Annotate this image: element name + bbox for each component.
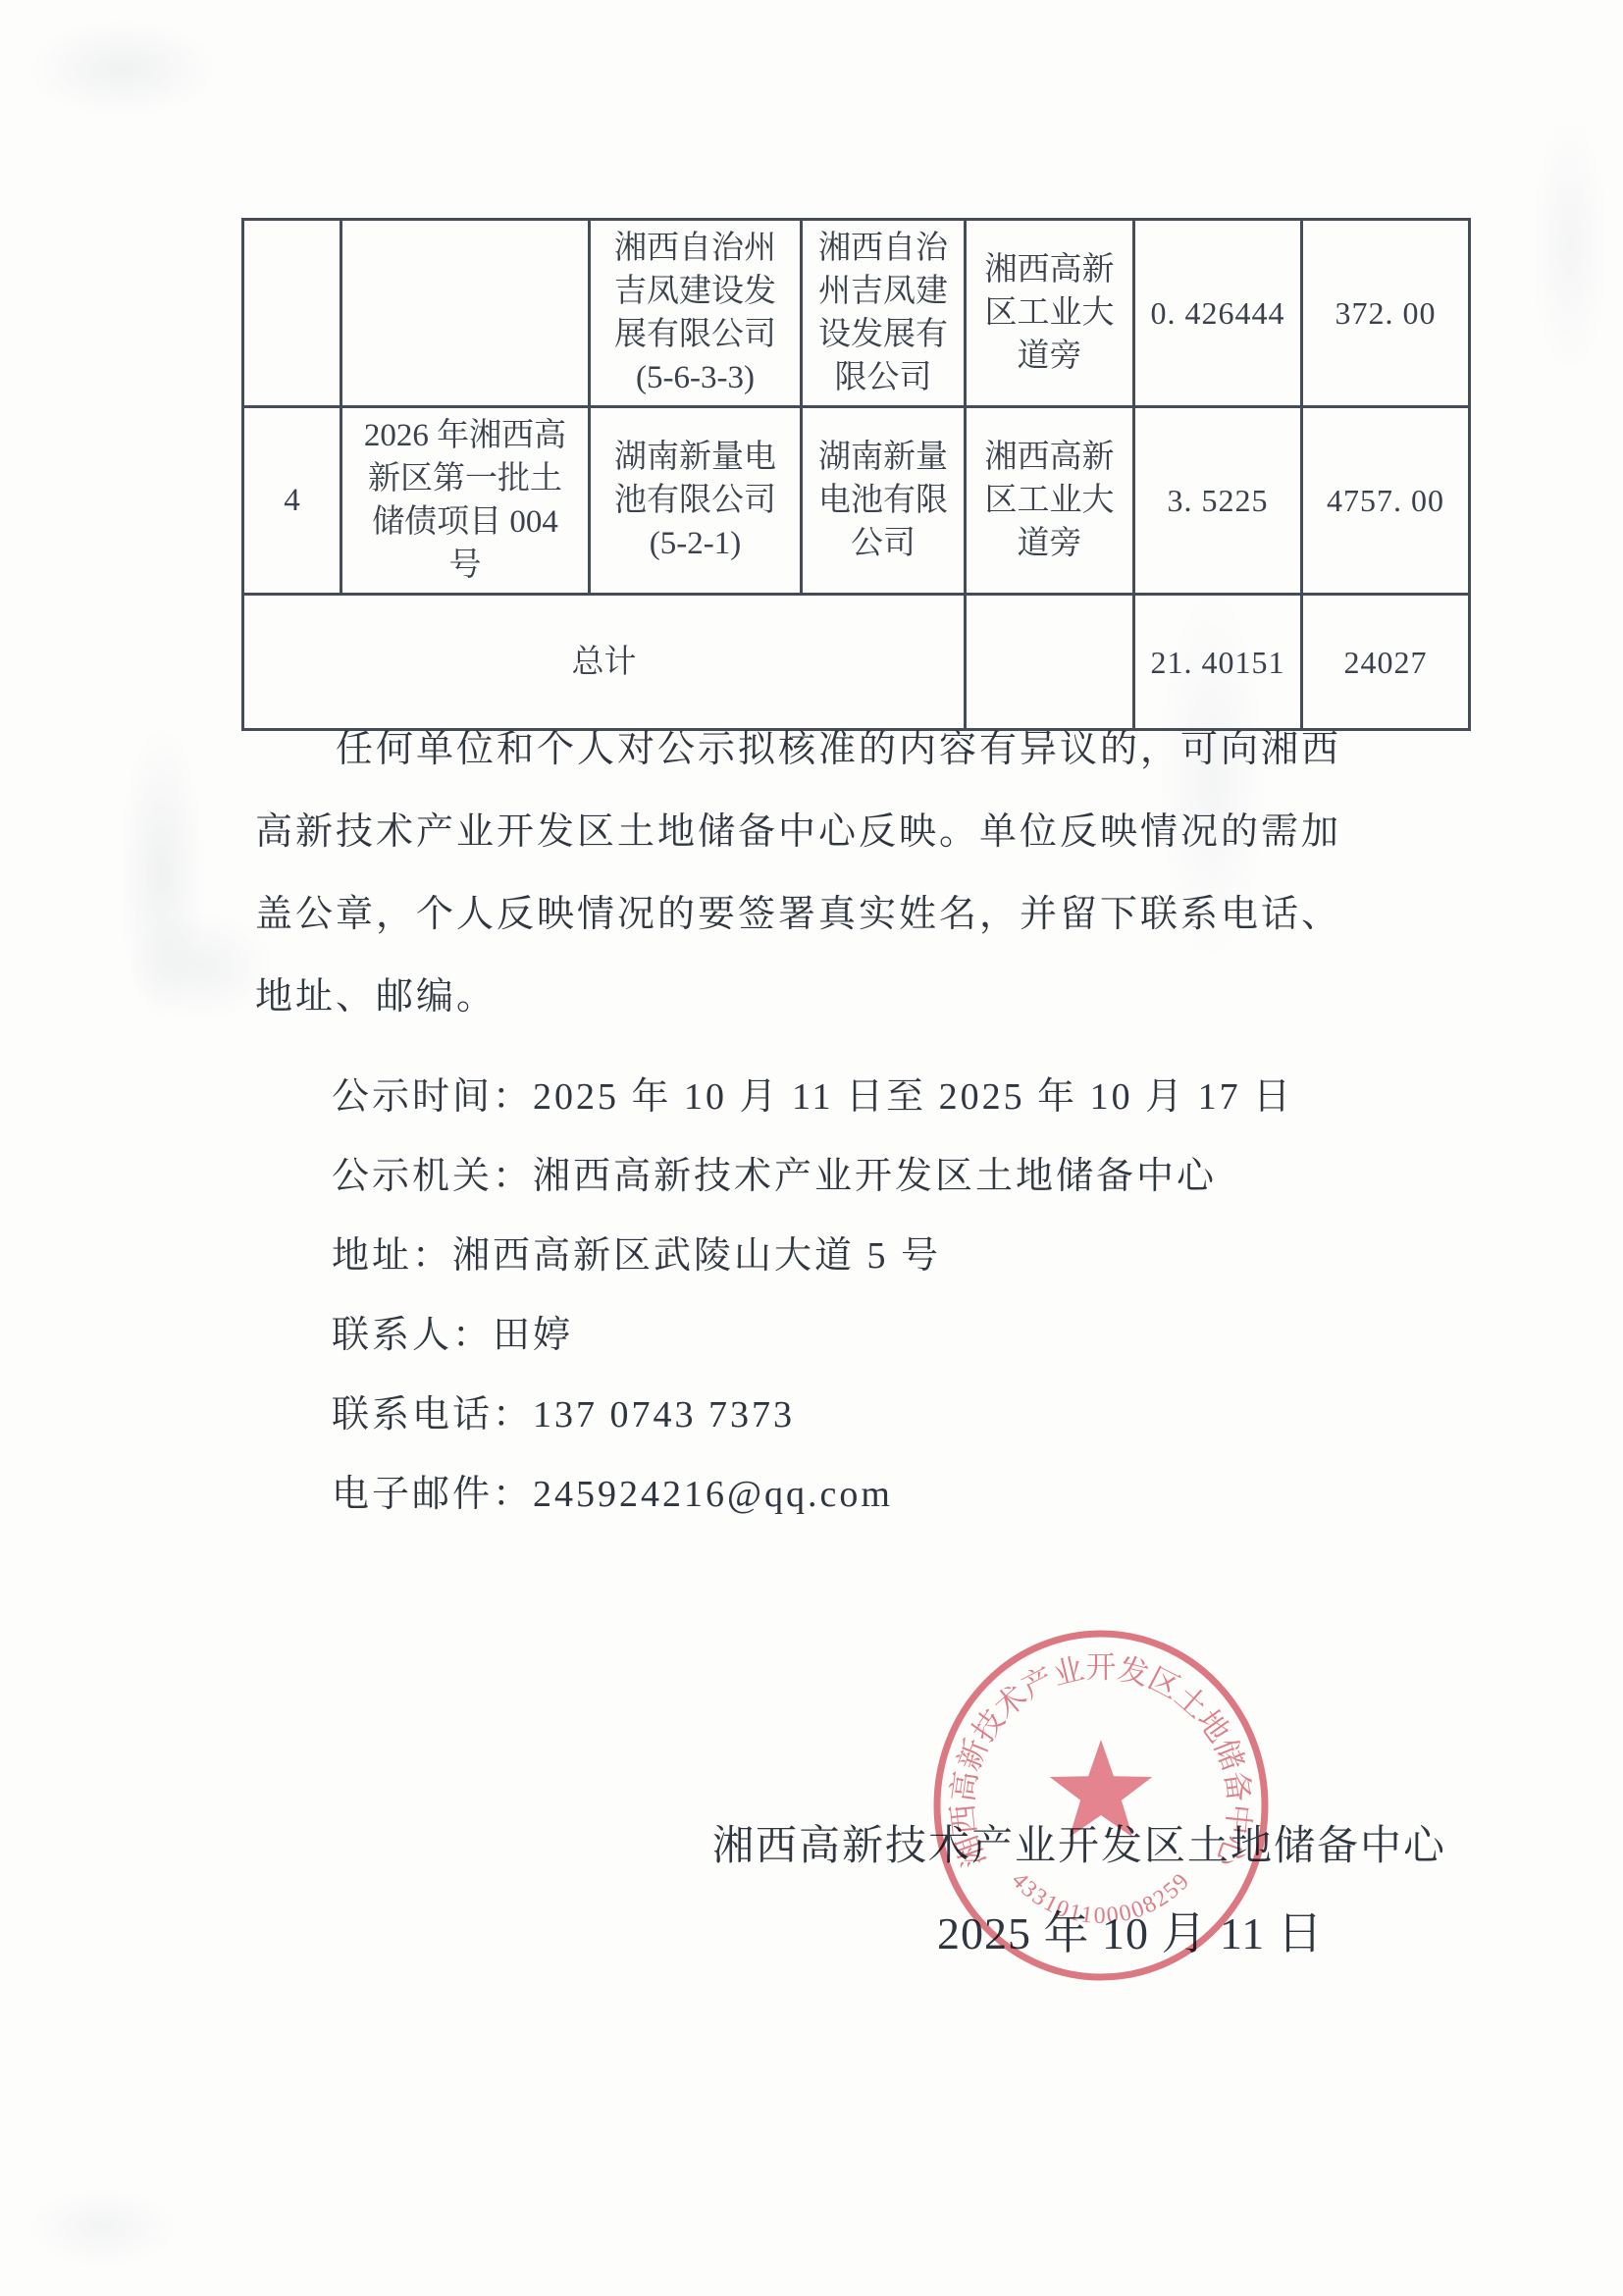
scanned-notice-page: 湘西自治州 吉凤建设发 展有限公司 (5-6-3-3) 湘西自治 州吉凤建 设发… <box>0 0 1623 2296</box>
table-cell-amount: 372. 00 <box>1302 220 1470 407</box>
land-reserve-table: 湘西自治州 吉凤建设发 展有限公司 (5-6-3-3) 湘西自治 州吉凤建 设发… <box>241 218 1471 731</box>
table-cell-index <box>243 220 341 407</box>
notice-paragraph-line: 盖公章，个人反映情况的要签署真实姓名，并留下联系电话、 <box>255 873 1423 956</box>
notice-paragraph: 任何单位和个人对公示拟核准的内容有异议的，可向湘西 高新技术产业开发区土地储备中… <box>255 708 1423 1038</box>
table-cell-index: 4 <box>243 407 341 595</box>
publicity-details: 公示时间：2025 年 10 月 11 日至 2025 年 10 月 17 日 … <box>332 1058 1431 1535</box>
table-cell-company-parcel: 湘西自治州 吉凤建设发 展有限公司 (5-6-3-3) <box>590 220 802 407</box>
table-cell-company-parcel: 湖南新量电 池有限公司 (5-2-1) <box>590 407 802 595</box>
scan-smudge <box>128 913 275 1020</box>
notice-paragraph-line: 任何单位和个人对公示拟核准的内容有异议的，可向湘西 <box>255 708 1423 791</box>
notice-paragraph-line: 地址、邮编。 <box>255 956 1423 1038</box>
seal-serial-number: 433101100008259 <box>1007 1867 1196 1928</box>
detail-line-publicity-period: 公示时间：2025 年 10 月 11 日至 2025 年 10 月 17 日 <box>332 1058 1431 1137</box>
table-cell-amount: 4757. 00 <box>1302 407 1470 595</box>
table-cell-project <box>341 220 590 407</box>
scan-smudge <box>29 20 216 118</box>
table-cell-area: 3. 5225 <box>1134 407 1302 595</box>
scan-smudge <box>118 726 206 1020</box>
table-cell-project: 2026 年湘西高 新区第一批土 储债项目 004 号 <box>341 407 590 595</box>
detail-line-contact-phone: 联系电话：137 0743 7373 <box>332 1376 1431 1455</box>
detail-line-publicity-agency: 公示机关：湘西高新技术产业开发区土地储备中心 <box>332 1137 1431 1217</box>
detail-line-address: 地址：湘西高新区武陵山大道 5 号 <box>332 1217 1431 1296</box>
table-cell-location: 湘西高新 区工业大 道旁 <box>966 220 1134 407</box>
table-cell-location: 湘西高新 区工业大 道旁 <box>966 407 1134 595</box>
table-row: 湘西自治州 吉凤建设发 展有限公司 (5-6-3-3) 湘西自治 州吉凤建 设发… <box>243 220 1470 407</box>
detail-line-contact-person: 联系人：田婷 <box>332 1296 1431 1376</box>
scan-smudge <box>29 2188 177 2267</box>
table-row: 4 2026 年湘西高 新区第一批土 储债项目 004 号 湖南新量电 池有限公… <box>243 407 1470 595</box>
seal-star <box>1050 1740 1153 1838</box>
notice-paragraph-line: 高新技术产业开发区土地储备中心反映。单位反映情况的需加 <box>255 791 1423 873</box>
scan-smudge <box>1531 118 1609 373</box>
table-cell-area: 0. 426444 <box>1134 220 1302 407</box>
table-cell-company: 湖南新量 电池有限 公司 <box>802 407 966 595</box>
detail-line-email: 电子邮件：245924216@qq.com <box>332 1455 1431 1535</box>
official-seal: 湘西高新技术产业开发区土地储备中心 433101100008259 <box>905 1599 1297 2011</box>
table-cell-company: 湘西自治 州吉凤建 设发展有 限公司 <box>802 220 966 407</box>
